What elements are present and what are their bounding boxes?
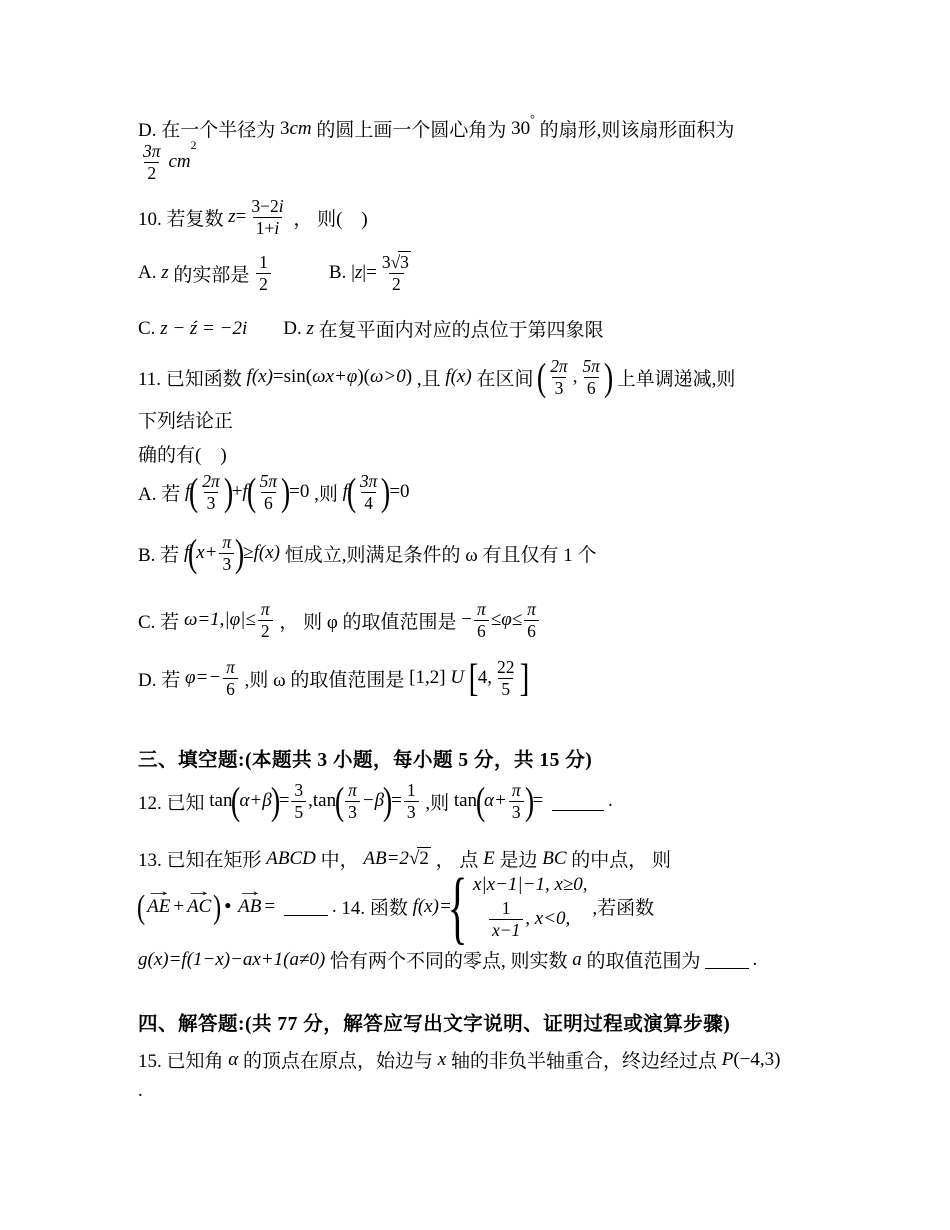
text: 的扇形,则该扇形面积为 xyxy=(535,115,735,142)
math-op: )( xyxy=(357,366,370,388)
math-func: f(x) xyxy=(247,366,273,388)
fraction: π2 xyxy=(258,599,273,641)
math-arg: −β xyxy=(362,790,384,812)
radicand: 2 xyxy=(417,847,431,870)
right-paren: ) xyxy=(213,890,221,923)
piecewise-function: x|x−1|−1, x≥0, 1x−1 , x<0, xyxy=(473,873,588,940)
fraction: π6 xyxy=(524,599,539,641)
fraction: 3π4 xyxy=(357,471,381,513)
fraction: 2π 3 xyxy=(547,356,571,398)
left-paren: ( xyxy=(347,474,356,511)
fraction: π3 xyxy=(219,532,234,574)
math-op: = xyxy=(533,790,548,812)
text: 10. 若复数 xyxy=(138,204,228,231)
question-10-stem: 10. 若复数 z = 3−2i 1+i ， 则( ) xyxy=(138,196,368,238)
math-arg: α+ xyxy=(484,790,507,812)
fraction: π6 xyxy=(474,599,489,641)
left-paren: ( xyxy=(189,474,198,511)
period: . xyxy=(608,790,613,812)
right-paren: ) xyxy=(381,474,390,511)
math-op: = xyxy=(279,790,290,812)
text: 确的有( ) xyxy=(138,440,227,467)
fraction: 2π3 xyxy=(199,471,223,513)
question-13-14-line: ( →AE + →AC ) • →AB = . 14. 函数 f(x)= { x… xyxy=(138,872,654,941)
exponent: 2 xyxy=(191,139,197,153)
math-func: tan xyxy=(454,790,477,812)
math-var: a xyxy=(572,949,582,971)
question-11-option-d: D. 若 φ=− π6 ,则 ω 的取值范围是 [1,2] U [ 4, 225… xyxy=(138,657,528,699)
right-paren: ) xyxy=(224,474,233,511)
vector-arrow-icon: → xyxy=(145,884,172,899)
math-expression: φ=− xyxy=(185,667,221,689)
math-cond: ω>0 xyxy=(370,366,406,388)
text: 12. 已知 xyxy=(138,788,209,815)
option-a-label: A. 若 xyxy=(138,479,185,506)
fraction: 225 xyxy=(494,657,517,699)
math-arg: ωx+φ xyxy=(312,366,357,388)
vector-AE: →AE xyxy=(147,896,170,918)
period: . xyxy=(332,896,342,918)
fraction: π6 xyxy=(223,657,238,699)
question-11-stem-line2: 下列结论正 xyxy=(138,406,233,433)
fraction: π3 xyxy=(345,780,360,822)
text: D. 在一个半径为 xyxy=(138,115,280,142)
math-unit: cm xyxy=(169,151,191,173)
fraction: 5π 6 xyxy=(579,356,603,398)
answer-blank xyxy=(705,950,749,969)
option-c-label: C. 若 xyxy=(138,607,184,634)
math-var: z xyxy=(161,262,168,284)
math-op: + xyxy=(232,481,243,503)
dot-operator: • xyxy=(224,896,231,918)
math-expression: ω=1,|φ|≤ xyxy=(184,609,256,631)
math-number: 30 xyxy=(511,118,530,140)
text: 下列结论正 xyxy=(138,406,233,433)
left-brace: { xyxy=(448,872,468,941)
vector-AB: →AB xyxy=(238,896,261,918)
text: ， 则( ) xyxy=(289,204,368,231)
math-func: f(x) xyxy=(445,366,471,388)
union-symbol: U xyxy=(446,667,469,689)
left-paren: ( xyxy=(188,535,197,572)
vector-arrow-icon: → xyxy=(186,884,213,899)
q9-option-d-line2: 3π 2 cm 2 xyxy=(138,141,197,183)
right-paren: ) xyxy=(604,359,613,396)
right-paren: ) xyxy=(524,783,533,820)
math-arg: α+β xyxy=(239,790,271,812)
question-15-line2: . xyxy=(138,1080,143,1102)
period: . xyxy=(753,949,758,971)
right-paren: ) xyxy=(383,783,392,820)
text: 轴的非负半轴重合，终边经过点 xyxy=(446,1046,722,1073)
option-b-label: B. 若 xyxy=(138,540,184,567)
math-op: = xyxy=(236,206,247,228)
math-expression: z − ź = −2i xyxy=(160,318,247,340)
text: 在区间 xyxy=(472,364,539,391)
text: 的取值范围为 xyxy=(582,946,701,973)
period: . xyxy=(138,1080,143,1102)
math-op: = xyxy=(366,262,377,284)
heading-text: 三、填空题:(本题共 3 小题，每小题 5 分，共 15 分) xyxy=(138,744,592,772)
fraction: 1 2 xyxy=(256,252,271,294)
left-paren: ( xyxy=(335,783,344,820)
math-var: E xyxy=(483,848,495,870)
math-op: − xyxy=(461,609,472,631)
fraction: 5π6 xyxy=(257,471,281,513)
text: 15. 已知角 xyxy=(138,1046,228,1073)
heading-text: 四、解答题:(共 77 分，解答应写出文字说明、证明过程或演算步骤) xyxy=(138,1008,730,1036)
math-func: tan xyxy=(209,790,232,812)
left-bracket: [ xyxy=(468,660,478,697)
math-op: =sin( xyxy=(273,366,312,388)
left-paren: ( xyxy=(537,359,546,396)
document-page: D. 在一个半径为 3 cm 的圆上画一个圆心角为 30 ° 的扇形,则该扇形面… xyxy=(0,0,950,1230)
math-number: 3 xyxy=(280,118,290,140)
right-bracket: ] xyxy=(519,660,529,697)
fraction: 1x−1 xyxy=(489,898,523,940)
math-op: =0 xyxy=(289,481,309,503)
text: 11. 已知函数 xyxy=(138,364,247,391)
math-var: BC xyxy=(542,848,566,870)
math-var: x xyxy=(438,1049,446,1071)
math-var: ABCD xyxy=(266,848,316,870)
math-op: = xyxy=(391,790,402,812)
math-var: z xyxy=(306,318,313,340)
math-func: f(x)= xyxy=(413,896,452,918)
option-d-label: D. 若 xyxy=(138,665,185,692)
question-11-stem-line3: 确的有( ) xyxy=(138,440,227,467)
vector-AC: →AC xyxy=(187,896,211,918)
text: 在复平面内对应的点位于第四象限 xyxy=(314,315,604,342)
text: 14. 函数 xyxy=(341,893,412,920)
right-paren: ) xyxy=(235,535,244,572)
text: 的实部是 xyxy=(169,260,255,287)
text: ,若函数 xyxy=(588,893,655,920)
text: 的中点， 则 xyxy=(567,845,672,872)
question-11-option-a: A. 若 f ( 2π3 ) + f ( 5π6 ) =0 ,则 f ( 3π4… xyxy=(138,471,410,513)
left-paren: ( xyxy=(247,474,256,511)
math-op: ≤φ≤ xyxy=(491,609,522,631)
question-11-option-b: B. 若 f ( x+ π3 ) ≥ f(x) 恒成立,则满足条件的 ω 有且仅… xyxy=(138,532,597,574)
math-var: α xyxy=(228,1049,238,1071)
question-12: 12. 已知 tan ( α+β ) = 35 , tan ( π3 −β ) … xyxy=(138,780,613,822)
fraction: 3−2i 1+i xyxy=(248,196,286,238)
fraction: 3√3 2 xyxy=(379,252,414,294)
question-11-option-c: C. 若 ω=1,|φ|≤ π2 ， 则 φ 的取值范围是 − π6 ≤φ≤ π… xyxy=(138,599,541,641)
option-a-label: A. xyxy=(138,262,161,284)
math-op: = xyxy=(264,896,279,918)
math-func: tan xyxy=(313,790,336,812)
text: ,则 xyxy=(421,788,454,815)
math-func: f(x) xyxy=(254,542,280,564)
math-op: ≥ xyxy=(243,542,253,564)
text: ,则 ω 的取值范围是 xyxy=(240,665,409,692)
question-10-options-cd: C. z − ź = −2i D. z 在复平面内对应的点位于第四象限 xyxy=(138,315,604,342)
math-arg: x+ xyxy=(196,542,217,564)
text: 恰有两个不同的零点, 则实数 xyxy=(325,946,572,973)
text: 恒成立,则满足条件的 ω 有且仅有 1 个 xyxy=(280,540,597,567)
text: ,且 xyxy=(412,364,445,391)
comma: , xyxy=(573,366,578,388)
text: 中， xyxy=(316,845,364,872)
math-expression: AB=2 xyxy=(363,848,409,870)
math-coords: (−4,3) xyxy=(733,1049,780,1071)
math-var: z xyxy=(228,206,235,228)
question-14-line2: g(x)=f(1−x)−ax+1(a≠0) 恰有两个不同的零点, 则实数 a 的… xyxy=(138,946,757,973)
text: 上单调递减,则 xyxy=(612,364,736,391)
math-var: P xyxy=(722,1049,734,1071)
text: ， 则 φ 的取值范围是 xyxy=(275,607,462,634)
fraction: 35 xyxy=(291,780,306,822)
text: 的圆上画一个圆心角为 xyxy=(312,115,512,142)
option-c-label: C. xyxy=(138,318,160,340)
question-15: 15. 已知角 α 的顶点在原点，始边与 x 轴的非负半轴重合，终边经过点 P … xyxy=(138,1046,780,1073)
piecewise-row1: x|x−1|−1, x≥0, xyxy=(473,873,588,898)
math-op: + xyxy=(173,896,184,918)
option-b-label: B. xyxy=(329,262,351,284)
piecewise-row2: 1x−1 , x<0, xyxy=(487,898,570,940)
option-d-label: D. xyxy=(283,318,306,340)
vector-arrow-icon: → xyxy=(236,884,263,899)
math-op: =0 xyxy=(389,481,409,503)
math-expression: g(x)=f(1−x)−ax+1(a≠0) xyxy=(138,949,325,971)
text: 13. 已知在矩形 xyxy=(138,845,266,872)
fraction: 3π 2 xyxy=(140,141,164,183)
text: 的顶点在原点，始边与 xyxy=(238,1046,438,1073)
answer-blank xyxy=(552,792,604,811)
text: ,则 xyxy=(309,479,342,506)
text: 是边 xyxy=(495,845,543,872)
math-set: [1,2] xyxy=(409,667,445,689)
question-10-options-ab: A. z 的实部是 1 2 B. | z | = 3√3 2 xyxy=(138,252,416,294)
answer-blank xyxy=(284,897,328,916)
question-11-stem: 11. 已知函数 f(x) =sin( ωx+φ )( ω>0 ) ,且 f(x… xyxy=(138,356,735,398)
math-var: z xyxy=(355,262,362,284)
left-paren: ( xyxy=(476,783,485,820)
math-unit: cm xyxy=(289,118,311,140)
section-3-heading: 三、填空题:(本题共 3 小题，每小题 5 分，共 15 分) xyxy=(138,744,592,772)
left-paren: ( xyxy=(137,890,145,923)
right-paren: ) xyxy=(271,783,280,820)
fraction: π3 xyxy=(509,780,524,822)
math-number: 4, xyxy=(478,667,492,689)
left-paren: ( xyxy=(231,783,240,820)
section-4-heading: 四、解答题:(共 77 分，解答应写出文字说明、证明过程或演算步骤) xyxy=(138,1008,730,1036)
q9-option-d-line1: D. 在一个半径为 3 cm 的圆上画一个圆心角为 30 ° 的扇形,则该扇形面… xyxy=(138,115,734,142)
fraction: 13 xyxy=(404,780,419,822)
question-13-line1: 13. 已知在矩形 ABCD 中， AB=2 √ 2 ， 点 E 是边 BC 的… xyxy=(138,845,671,872)
right-paren: ) xyxy=(281,474,290,511)
